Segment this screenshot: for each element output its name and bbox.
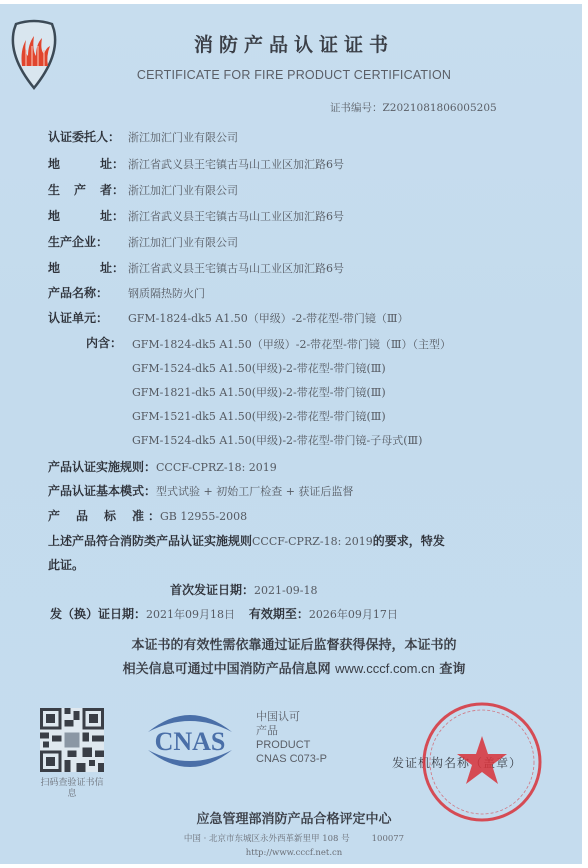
model-item: GFM-1524-dk5 A1.50(甲级)-2-带花型-带门镜-子母式(Ⅲ) [132,432,422,448]
svg-text:CNAS: CNAS [155,727,226,756]
valid-until-label: 有效期至： [249,605,309,622]
first-issue-date: 首次发证日期：2021-09-18 [170,581,317,598]
field-cert-unit: 认证单元：GFM-1824-dk5 A1.50（甲级）-2-带花型-带门镜（Ⅲ） [48,309,409,326]
field-factory-address: 地址：浙江省武义县王宅镇古马山工业区加汇路6号 [48,259,344,276]
field-label: 生产企业： [48,233,128,250]
field-value: 浙江加汇门业有限公司 [128,184,238,197]
model-item: GFM-1521-dk5 A1.50(甲级)-2-带花型-带门镜(Ⅲ) [132,408,386,424]
field-label: 地址： [48,207,128,224]
field-manufacturer-address: 地址：浙江省武义县王宅镇古马山工业区加汇路6号 [48,207,344,224]
certificate-title: 消防产品认证证书 [0,30,588,57]
field-label: 地址： [48,155,128,172]
field-value: 浙江省武义县王宅镇古马山工业区加汇路6号 [128,210,344,223]
field-label: 地址： [48,259,128,276]
field-value: GB 12955-2008 [160,510,247,523]
cnas-accreditation-text: 中国认可 产品 PRODUCT CNAS C073-P [256,710,327,766]
valid-until-value: 2026年09月17日 [309,608,398,621]
model-item: GFM-1524-dk5 A1.50(甲级)-2-带花型-带门镜(Ⅲ) [132,360,386,376]
cccf-link[interactable]: www.cccf.com.cn [335,661,435,676]
field-factory: 生产企业：浙江加汇门业有限公司 [48,233,238,250]
field-value: 浙江省武义县王宅镇古马山工业区加汇路6号 [128,262,344,275]
field-label: 产品认证基本模式： [48,482,156,499]
issuing-organization: 应急管理部消防产品合格评定中心 [0,808,588,827]
field-standard: 产品标准：GB 12955-2008 [48,507,247,524]
field-applicant-address: 地址：浙江省武义县王宅镇古马山工业区加汇路6号 [48,155,344,172]
field-value: CCCF-CPRZ-18: 2019 [156,461,277,474]
certificate-number: 证书编号：Z2021081806005205 [330,100,497,115]
organization-website[interactable]: http://www.cccf.net.cn [0,848,588,858]
qr-code-icon[interactable] [40,708,104,772]
field-value: 浙江省武义县王宅镇古马山工业区加汇路6号 [128,158,344,171]
field-rules: 产品认证实施规则：CCCF-CPRZ-18: 2019 [48,458,277,475]
cert-number-label: 证书编号： [330,102,383,114]
field-value: 浙江加汇门业有限公司 [128,131,238,144]
field-manufacturer: 生产者：浙江加汇门业有限公司 [48,181,238,198]
field-value: 型式试验 + 初始工厂检查 + 获证后监督 [156,485,353,498]
qr-caption: 扫码查验证书信息 [40,778,104,800]
field-label: 产品名称： [48,284,128,301]
field-value: 浙江加汇门业有限公司 [128,236,238,249]
field-value: 钢质隔热防火门 [128,287,205,300]
organization-address: 中国 · 北京市东城区永外西革新里甲 108 号100077 [0,832,588,844]
cnas-logo-icon: CNAS [140,700,240,780]
issue-date: 发（换）证日期：2021年09月18日 有效期至：2026年09月17日 [50,605,398,622]
field-label: 生产者： [48,181,128,198]
field-label: 认证委托人： [48,128,128,145]
compliance-statement: 上述产品符合消防类产品认证实施规则CCCF-CPRZ-18: 2019的要求，特… [48,532,445,549]
validity-notice-line1: 本证书的有效性需依靠通过证后监督获得保持，本证书的 [0,634,588,653]
field-applicant: 认证委托人：浙江加汇门业有限公司 [48,128,238,145]
field-label: 内含： [86,334,132,351]
field-label: 产品标准 [48,507,148,524]
field-value: GFM-1824-dk5 A1.50（甲级）-2-带花型-带门镜（Ⅲ） [128,312,409,325]
validity-notice-line2: 相关信息可通过中国消防产品信息网 www.cccf.com.cn 查询 [0,658,588,677]
postcode: 100077 [372,834,404,844]
field-product-name: 产品名称：钢质隔热防火门 [48,284,205,301]
official-seal-icon [420,700,544,824]
model-item: GFM-1821-dk5 A1.50(甲级)-2-带花型-带门镜(Ⅲ) [132,384,386,400]
model-item: GFM-1824-dk5 A1.50（甲级）-2-带花型-带门镜（Ⅲ）（主型） [132,336,451,352]
field-contains: 内含： [86,334,132,351]
field-label: 认证单元： [48,309,128,326]
field-label: 产品认证实施规则： [48,458,156,475]
cert-number-value: Z2021081806005205 [383,102,497,114]
compliance-statement-end: 此证。 [48,556,84,573]
field-mode: 产品认证基本模式：型式试验 + 初始工厂检查 + 获证后监督 [48,482,353,499]
certificate-subtitle: CERTIFICATE FOR FIRE PRODUCT CERTIFICATI… [0,68,588,82]
